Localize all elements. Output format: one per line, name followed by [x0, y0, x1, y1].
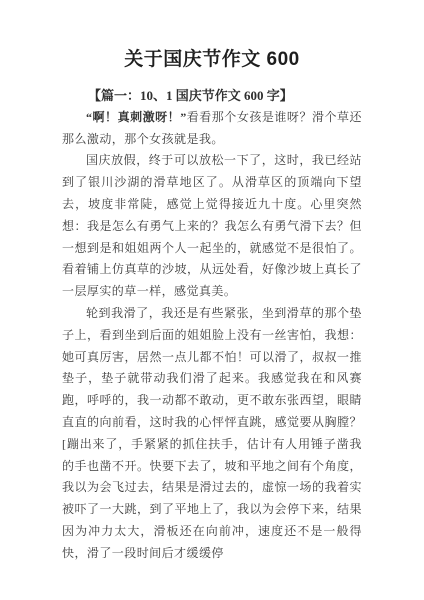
document-page: 关于国庆节作文 600 【篇一：10、1 国庆节作文 600 字】 “啊！真刺激…: [0, 0, 424, 600]
paragraph-1-lead-quote: “啊！真刺激呀！”: [86, 110, 187, 124]
paragraph-2: 国庆放假，终于可以放松一下了，这时，我已经站到了银川沙湖的滑草地区了。从滑草区的…: [62, 150, 362, 303]
paragraph-2-text: 国庆放假，终于可以放松一下了，这时，我已经站到了银川沙湖的滑草地区了。从滑草区的…: [62, 153, 362, 298]
page-title: 关于国庆节作文 600: [62, 47, 362, 73]
paragraph-3: 轮到我滑了，我还是有些紧张，坐到滑草的那个垫子上，看到坐到后面的姐姐脸上没有一丝…: [62, 303, 362, 565]
paragraph-3-text: 轮到我滑了，我还是有些紧张，坐到滑草的那个垫子上，看到坐到后面的姐姐脸上没有一丝…: [62, 306, 362, 560]
paragraph-1: “啊！真刺激呀！”看看那个女孩是谁呀？滑个草还那么激动，那个女孩就是我。: [62, 107, 362, 151]
section-heading: 【篇一：10、1 国庆节作文 600 字】: [62, 85, 362, 107]
